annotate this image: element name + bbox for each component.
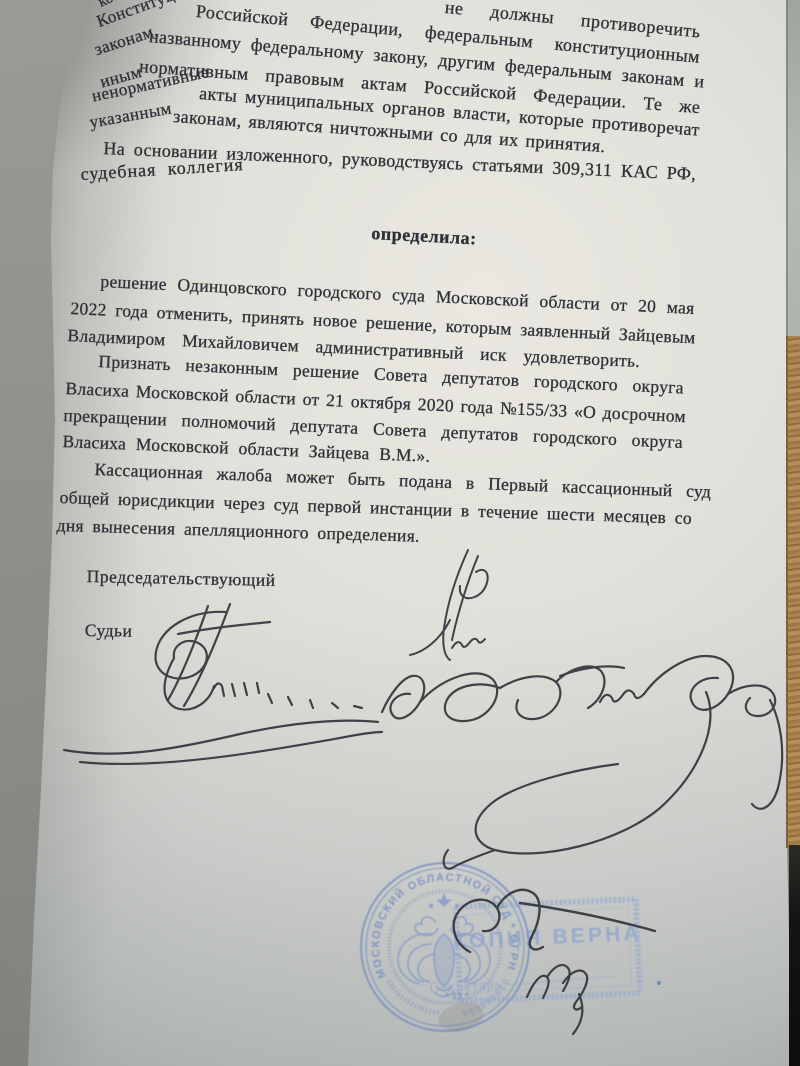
signatures bbox=[64, 550, 782, 1034]
judge-signature-2 bbox=[382, 656, 782, 869]
stamps-and-signatures-layer: КОПИЯ ВЕРНА Секретарь МОСКОВСКИЙ ОБЛАСТН… bbox=[0, 0, 800, 1066]
presiding-judge-signature bbox=[410, 550, 488, 660]
ink-dot bbox=[657, 981, 661, 985]
document-photo: которымне должны противоречитьКонституци… bbox=[0, 0, 800, 1066]
court-stamps: КОПИЯ ВЕРНА Секретарь МОСКОВСКИЙ ОБЛАСТН… bbox=[361, 863, 644, 1036]
seal-bottom-mark: * 13 * bbox=[445, 991, 469, 1002]
copy-stamp-title: КОПИЯ ВЕРНА bbox=[453, 922, 643, 953]
copy-stamp-signature-line bbox=[509, 976, 613, 985]
judge-signature-1 bbox=[64, 604, 382, 764]
